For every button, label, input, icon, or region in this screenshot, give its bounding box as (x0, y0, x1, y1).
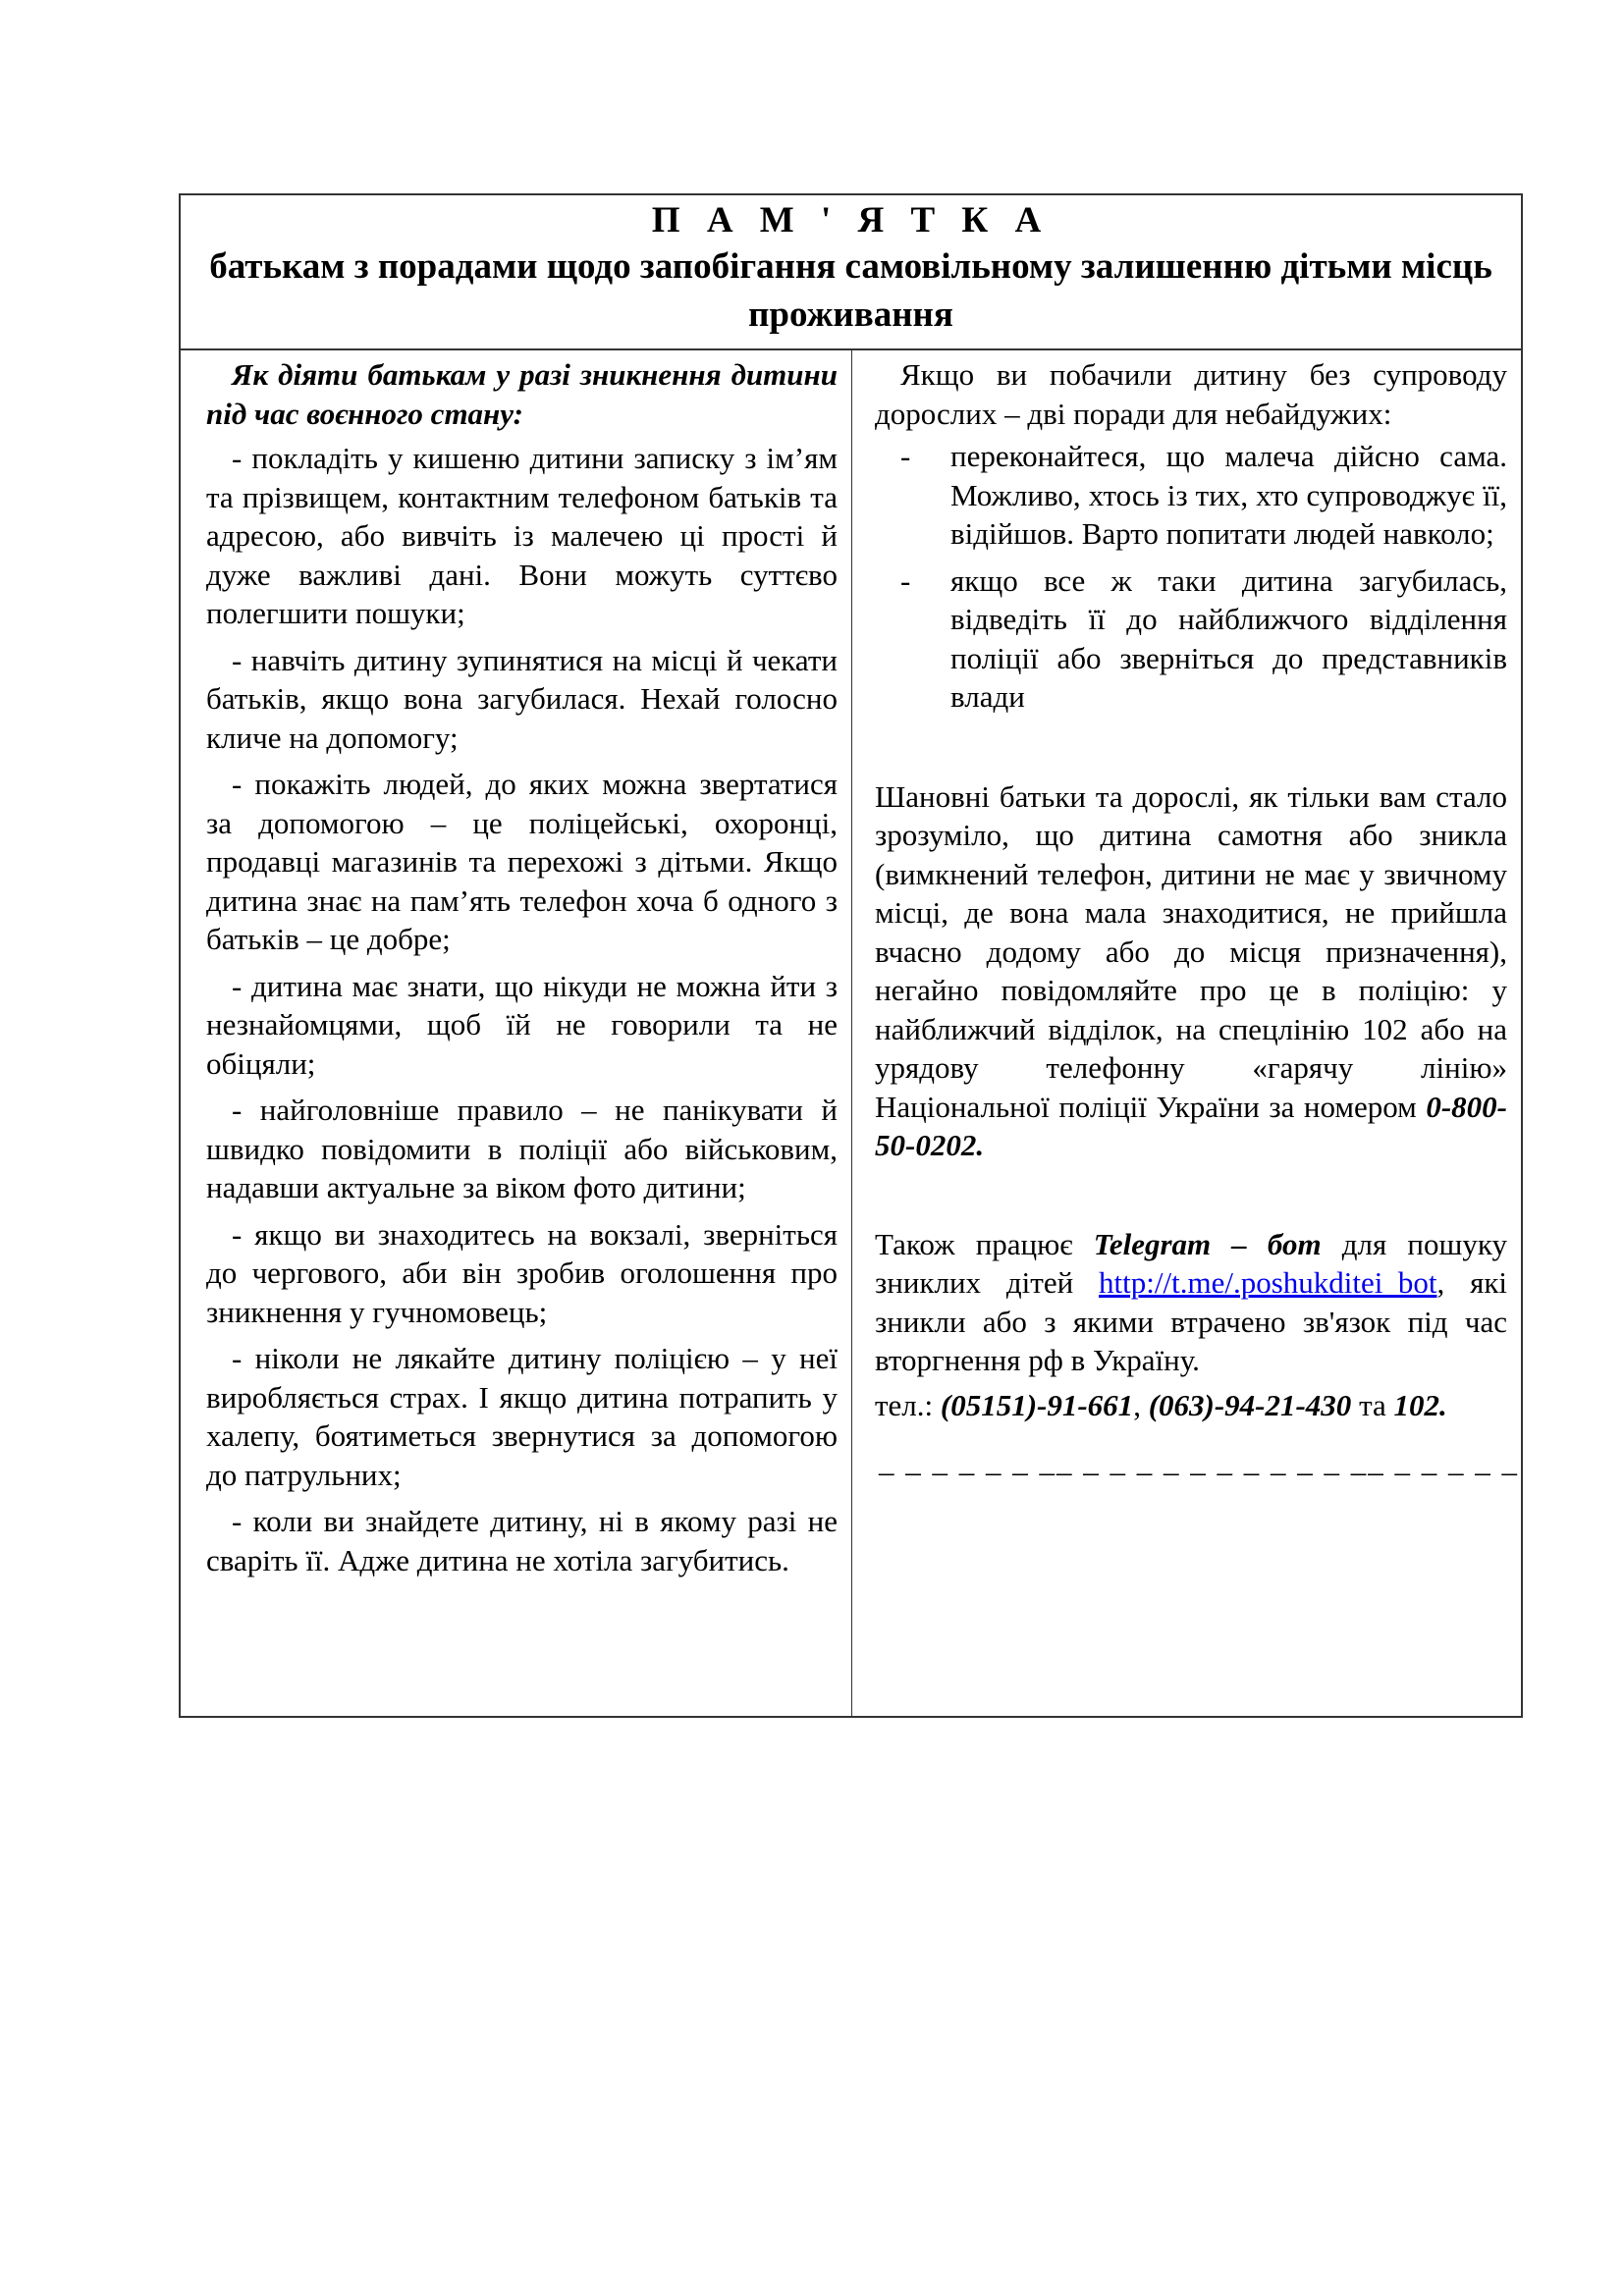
bullet-item: - якщо все ж таки дитина загубилась, від… (875, 561, 1507, 717)
advice-item: - покладіть у кишеню дитини записку з ім… (206, 439, 838, 633)
phones-separator: , (1133, 1388, 1149, 1422)
bullet-item: - переконайтеся, що малеча дійсно сама. … (875, 437, 1507, 554)
police-notice: Шановні батьки та дорослі, як тільки вам… (875, 777, 1507, 1165)
right-column: Якщо ви побачили дитину без супроводу до… (852, 348, 1521, 1716)
advice-item: - ніколи не лякайте дитину поліцією – у … (206, 1339, 838, 1494)
telegram-bot-label: Telegram – бот (1094, 1227, 1322, 1261)
advice-item: - коли ви знайдете дитину, ні в якому ра… (206, 1502, 838, 1579)
bullet-text: переконайтеся, що малеча дійсно сама. Мо… (950, 437, 1507, 554)
phones-and: та (1351, 1388, 1393, 1422)
advice-item: - дитина має знати, що нікуди не можна й… (206, 967, 838, 1084)
memo-title: П А М ' Я Т К А (181, 199, 1521, 242)
advice-item: - якщо ви знаходитесь на вокзалі, зверні… (206, 1215, 838, 1332)
memo-subtitle: батькам з порадами щодо запобігання само… (181, 242, 1521, 339)
advice-item: - покажіть людей, до яких можна звертати… (206, 765, 838, 959)
telegram-prefix: Також працює (875, 1227, 1094, 1261)
phones-label: тел.: (875, 1388, 941, 1422)
phone-3: 102. (1394, 1388, 1447, 1422)
advice-item: - найголовніше правило – не панікувати й… (206, 1091, 838, 1207)
dash-bullet-icon: - (875, 561, 950, 717)
telegram-bot-link[interactable]: http://t.me/.poshukditei_bot (1099, 1265, 1436, 1300)
bullet-text: якщо все ж таки дитина загубилась, відве… (950, 561, 1507, 717)
dashed-divider: _ _ _ _ _ _ __ _ _ _ _ _ _ _ _ _ _ __ _ … (875, 1442, 1507, 1481)
left-column: Як діяти батькам у разі зникнення дитини… (181, 348, 852, 1716)
phone-numbers: тел.: (05151)-91-661, (063)-94-21-430 та… (875, 1386, 1507, 1425)
advice-item: - навчіть дитину зупинятися на місці й ч… (206, 641, 838, 758)
memo-header: П А М ' Я Т К А батькам з порадами щодо … (181, 195, 1521, 350)
telegram-bot-info: Також працює Telegram – бот для пошуку з… (875, 1225, 1507, 1380)
memo-table: П А М ' Я Т К А батькам з порадами щодо … (179, 193, 1523, 1718)
dash-bullet-icon: - (875, 437, 950, 554)
phone-1: (05151)-91-661 (941, 1388, 1133, 1422)
right-column-intro: Якщо ви побачили дитину без супроводу до… (875, 355, 1507, 433)
phone-2: (063)-94-21-430 (1149, 1388, 1352, 1422)
notice-text: Шановні батьки та дорослі, як тільки вам… (875, 779, 1507, 1124)
left-column-heading: Як діяти батькам у разі зникнення дитини… (206, 355, 838, 433)
